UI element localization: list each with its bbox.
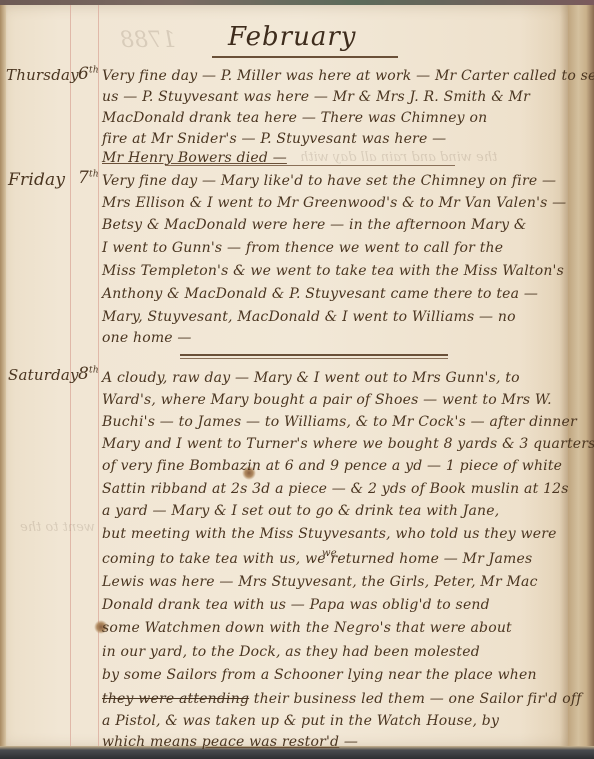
page-stack-edge xyxy=(568,5,594,748)
entry-line: one home — xyxy=(102,330,562,346)
entry-divider xyxy=(180,354,448,356)
bleed-through-text: went to the xyxy=(20,520,95,535)
book-binding xyxy=(0,5,6,746)
entry-line: Betsy & MacDonald were here — in the aft… xyxy=(102,217,562,233)
date-friday: 7th xyxy=(78,168,99,188)
date-thursday: 6th xyxy=(78,64,99,84)
entry-line: in our yard, to the Dock, as they had be… xyxy=(102,644,562,660)
entry-line: Mary, Stuyvesant, MacDonald & I went to … xyxy=(102,309,562,325)
bleed-through-text: 1788 xyxy=(120,28,176,53)
date-saturday: 8th xyxy=(78,364,99,384)
entry-line: Sattin ribband at 2s 3d a piece — & 2 yd… xyxy=(102,481,562,497)
entry-line: they were attending their business led t… xyxy=(102,691,562,707)
struck-text: they were attending xyxy=(102,691,249,707)
entry-line: us — P. Stuyvesant was here — Mr & Mrs J… xyxy=(102,89,562,105)
entry-line: Mrs Ellison & I went to Mr Greenwood's &… xyxy=(102,195,562,211)
entry-line: by some Sailors from a Schooner lying ne… xyxy=(102,667,562,683)
entry-line: Anthony & MacDonald & P. Stuyvesant came… xyxy=(102,286,562,302)
day-label-saturday: Saturday xyxy=(8,366,79,384)
entry-line: fire at Mr Snider's — P. Stuyvesant was … xyxy=(102,131,562,147)
entry-line: of very fine Bombazin at 6 and 9 pence a… xyxy=(102,458,562,474)
entry-line: coming to take tea with us, we returned … xyxy=(102,551,562,567)
entry-line: MacDonald drank tea here — There was Chi… xyxy=(102,110,562,126)
day-label-thursday: Thursday xyxy=(6,66,79,84)
entry-line: Miss Templeton's & we went to take tea w… xyxy=(102,263,562,279)
entry-line: which means peace was restor'd — xyxy=(102,734,562,750)
entry-line: Mary and I went to Turner's where we bou… xyxy=(102,436,562,452)
entry-line: a Pistol, & was taken up & put in the Wa… xyxy=(102,713,562,729)
entry-divider xyxy=(165,165,455,166)
day-label-friday: Friday xyxy=(8,170,65,190)
month-heading: February xyxy=(228,22,356,52)
entry-line: I went to Gunn's — from thence we went t… xyxy=(102,240,562,256)
entry-line: Very fine day — P. Miller was here at wo… xyxy=(102,68,562,84)
underlined-text: peace was restor'd xyxy=(202,734,339,750)
entry-line: Donald drank tea with us — Papa was obli… xyxy=(102,597,562,613)
entry-line: Ward's, where Mary bought a pair of Shoe… xyxy=(102,392,562,408)
entry-line: Mr Henry Bowers died — xyxy=(102,150,562,166)
entry-line: some Watchmen down with the Negro's that… xyxy=(102,620,562,636)
entry-line: a yard — Mary & I set out to go & drink … xyxy=(102,503,562,519)
entry-line: Buchi's — to James — to Williams, & to M… xyxy=(102,414,562,430)
entry-line: but meeting with the Miss Stuyvesants, w… xyxy=(102,526,562,542)
entry-line: A cloudy, raw day — Mary & I went out to… xyxy=(102,370,562,386)
entry-line: Lewis was here — Mrs Stuyvesant, the Gir… xyxy=(102,574,562,590)
entry-line: Very fine day — Mary like'd to have set … xyxy=(102,173,562,189)
heading-divider xyxy=(212,56,398,58)
entry-divider xyxy=(180,358,448,359)
